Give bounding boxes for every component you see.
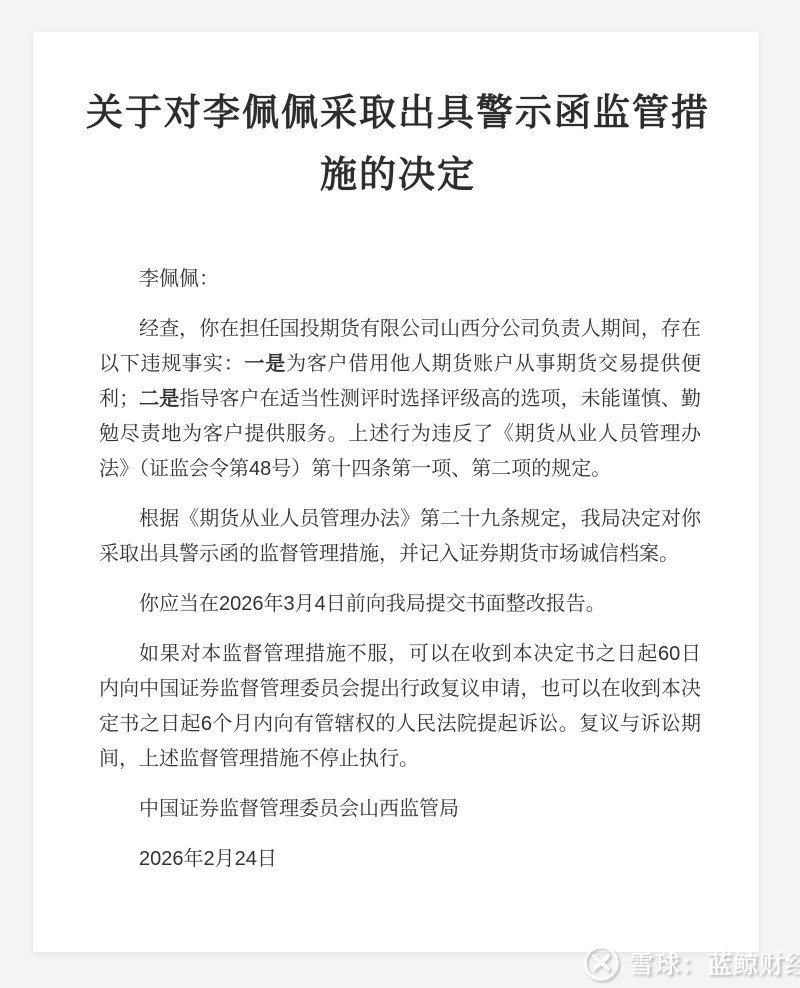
signature: 中国证券监督管理委员会山西监管局	[99, 792, 701, 827]
date: 2026年2月24日	[99, 842, 701, 877]
rectification-paragraph: 你应当在2026年3月4日前向我局提交书面整改报告。	[99, 587, 701, 622]
document-title: 关于对李佩佩采取出具警示函监管措施的决定	[77, 82, 719, 206]
salutation: 李佩佩：	[99, 262, 701, 297]
decision-paragraph: 根据《期货从业人员管理办法》第二十九条规定，我局决定对你采取出具警示函的监督管理…	[99, 502, 701, 572]
page-background: { "colors": { "page_background": "#f4f4f…	[0, 0, 800, 988]
facts-paragraph: 经查，你在担任国投期货有限公司山西分公司负责人期间，存在以下违规事实：一是为客户…	[99, 312, 701, 487]
document-card: 关于对李佩佩采取出具警示函监管措施的决定 李佩佩：经查，你在担任国投期货有限公司…	[33, 32, 759, 952]
appeal-paragraph: 如果对本监督管理措施不服，可以在收到本决定书之日起60日内向中国证券监督管理委员…	[99, 637, 701, 777]
document-body: 李佩佩：经查，你在担任国投期货有限公司山西分公司负责人期间，存在以下违规事实：一…	[99, 262, 701, 877]
